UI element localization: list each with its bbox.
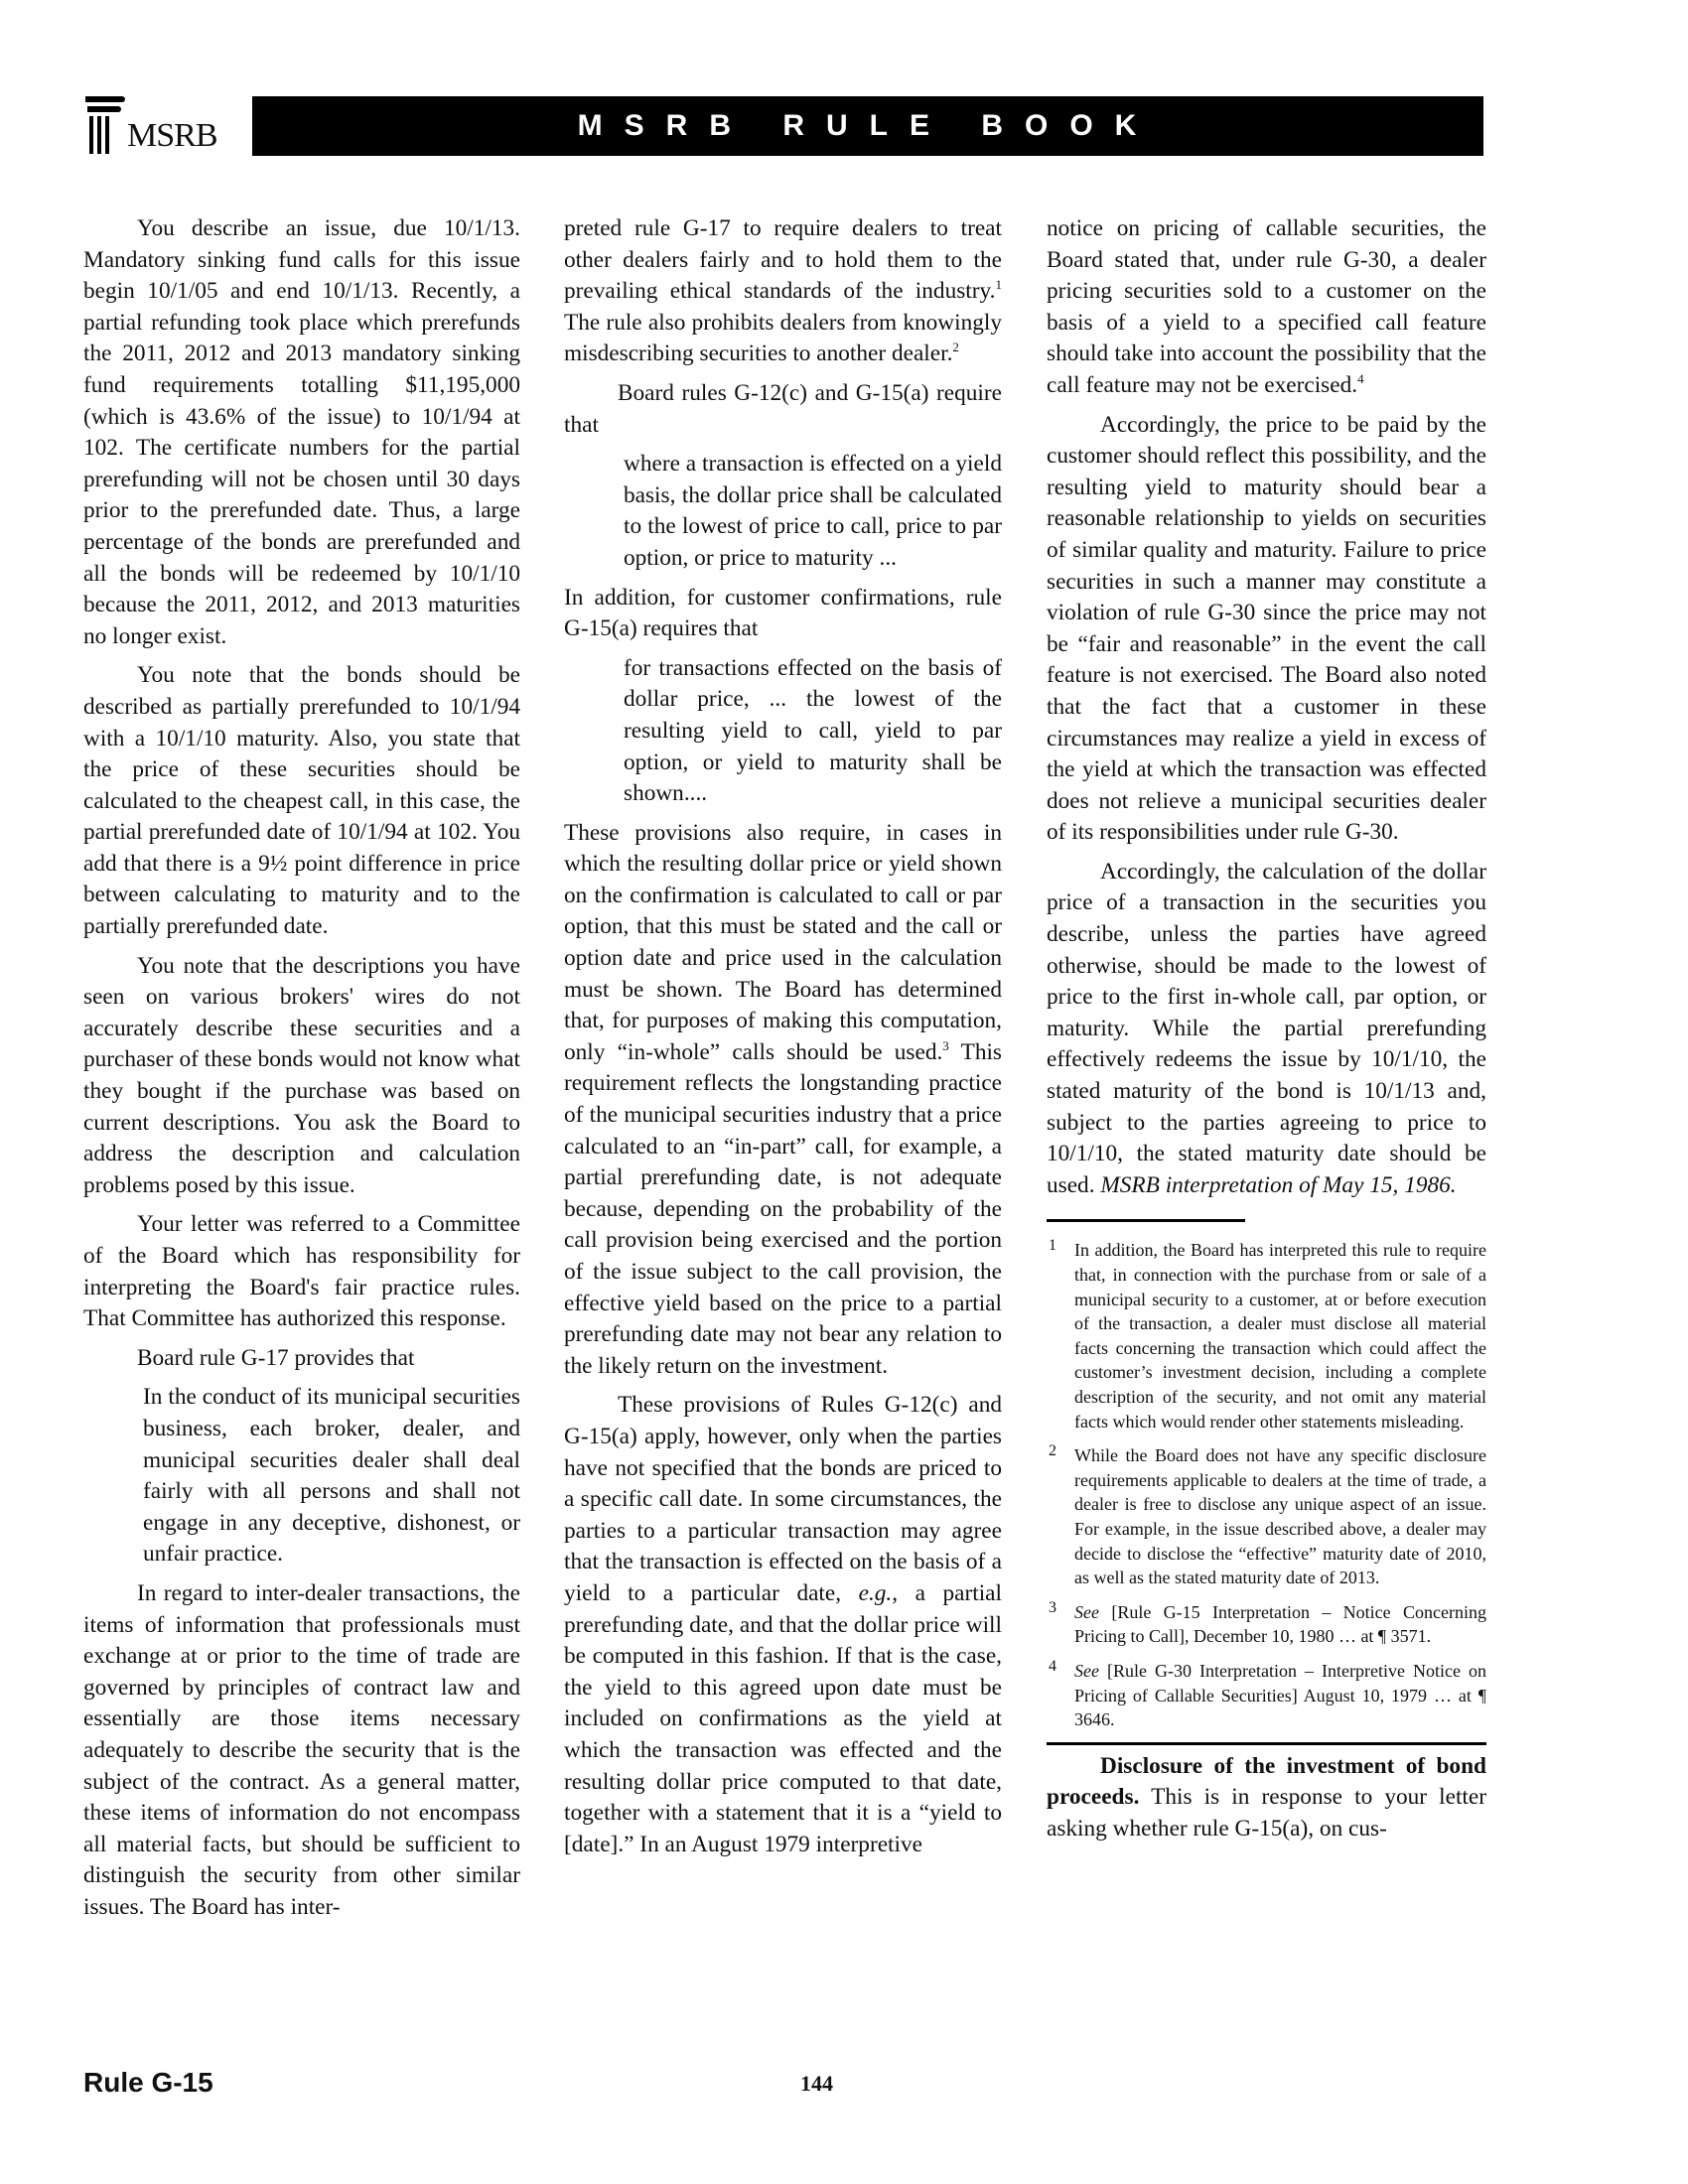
footer-rule-label: Rule G-15 bbox=[83, 2067, 213, 2099]
paragraph: Accordingly, the calculation of the doll… bbox=[1047, 857, 1486, 1202]
paragraph: Disclosure of the investment of bond pro… bbox=[1047, 1751, 1486, 1845]
page-number: 144 bbox=[800, 2071, 833, 2097]
paragraph: You note that the bonds should be descri… bbox=[83, 660, 520, 942]
paragraph: Accordingly, the price to be paid by the… bbox=[1047, 410, 1486, 849]
text: These provisions also require, in cases … bbox=[564, 820, 1002, 1065]
footnote: 1In addition, the Board has interpreted … bbox=[1047, 1238, 1486, 1433]
footnote-text: In addition, the Board has interpreted t… bbox=[1074, 1240, 1486, 1431]
footnote-ref[interactable]: 2 bbox=[952, 341, 959, 355]
page-header: MSRB MSRB RULE BOOK bbox=[83, 96, 1483, 156]
banner: MSRB RULE BOOK bbox=[252, 96, 1483, 156]
pillar-icon bbox=[105, 116, 109, 154]
pillar-icon bbox=[89, 116, 93, 154]
italic-text: e.g. bbox=[859, 1580, 893, 1606]
paragraph: preted rule G-17 to require dealers to t… bbox=[564, 213, 1002, 370]
footnote-divider bbox=[1047, 1219, 1245, 1222]
text: This requirement reflects the longstandi… bbox=[564, 1039, 1002, 1379]
footnote-ref[interactable]: 4 bbox=[1357, 371, 1364, 386]
footnote-text: While the Board does not have any specif… bbox=[1074, 1445, 1486, 1587]
block-quote: In the conduct of its municipal securiti… bbox=[143, 1382, 520, 1570]
paragraph: notice on pricing of callable securities… bbox=[1047, 213, 1486, 402]
logo-text: MSRB bbox=[127, 118, 217, 154]
paragraph: Board rules G-12(c) and G-15(a) require … bbox=[564, 378, 1002, 441]
text: notice on pricing of callable securities… bbox=[1047, 215, 1486, 398]
column-1: You describe an issue, due 10/1/13. Mand… bbox=[83, 213, 520, 1931]
footnote: 2While the Board does not have any speci… bbox=[1047, 1443, 1486, 1590]
footnote-number: 4 bbox=[1049, 1655, 1056, 1680]
see-text: See bbox=[1074, 1602, 1099, 1622]
pillar-icon bbox=[97, 116, 101, 154]
block-quote: where a transaction is effected on a yie… bbox=[624, 449, 1002, 574]
text: These provisions of Rules G-12(c) and G-… bbox=[564, 1392, 1002, 1606]
banner-title: MSRB RULE BOOK bbox=[578, 109, 1159, 143]
citation: MSRB interpretation of May 15, 1986. bbox=[1100, 1172, 1456, 1198]
see-text: See bbox=[1074, 1661, 1099, 1681]
paragraph: These provisions of Rules G-12(c) and G-… bbox=[564, 1390, 1002, 1860]
paragraph: Board rule G-17 provides that bbox=[83, 1343, 520, 1375]
footnote-ref[interactable]: 1 bbox=[996, 277, 1003, 292]
footnote-number: 3 bbox=[1049, 1596, 1056, 1621]
footnote: 3See [Rule G-15 Interpretation – Notice … bbox=[1047, 1600, 1486, 1649]
msrb-logo: MSRB bbox=[83, 96, 252, 156]
column-2: preted rule G-17 to require dealers to t… bbox=[564, 213, 1002, 1868]
footnote: 4See [Rule G-30 Interpretation – Interpr… bbox=[1047, 1659, 1486, 1732]
footnote-text: [Rule G-15 Interpretation – Notice Conce… bbox=[1074, 1602, 1486, 1647]
column-3: notice on pricing of callable securities… bbox=[1047, 213, 1486, 1852]
block-quote: for transactions effected on the basis o… bbox=[624, 653, 1002, 810]
column-capital-icon-lower bbox=[87, 106, 121, 112]
footnote-number: 2 bbox=[1049, 1439, 1056, 1464]
footnote-number: 1 bbox=[1049, 1234, 1056, 1259]
text: preted rule G-17 to require dealers to t… bbox=[564, 215, 1002, 304]
paragraph: Your letter was referred to a Committee … bbox=[83, 1209, 520, 1334]
text: The rule also prohibits dealers from kno… bbox=[564, 310, 1002, 367]
paragraph: In addition, for customer confirmations,… bbox=[564, 583, 1002, 645]
text: Accordingly, the calculation of the doll… bbox=[1047, 859, 1486, 1198]
section-divider bbox=[1047, 1742, 1486, 1745]
paragraph: In regard to inter-dealer transactions, … bbox=[83, 1578, 520, 1924]
paragraph: You note that the descriptions you have … bbox=[83, 951, 520, 1202]
text: , a partial prerefunding date, and that … bbox=[564, 1580, 1002, 1857]
footnote-text: [Rule G-30 Interpretation – Interpretive… bbox=[1074, 1661, 1486, 1729]
paragraph: These provisions also require, in cases … bbox=[564, 818, 1002, 1383]
paragraph: You describe an issue, due 10/1/13. Mand… bbox=[83, 213, 520, 652]
column-capital-icon bbox=[85, 96, 125, 102]
